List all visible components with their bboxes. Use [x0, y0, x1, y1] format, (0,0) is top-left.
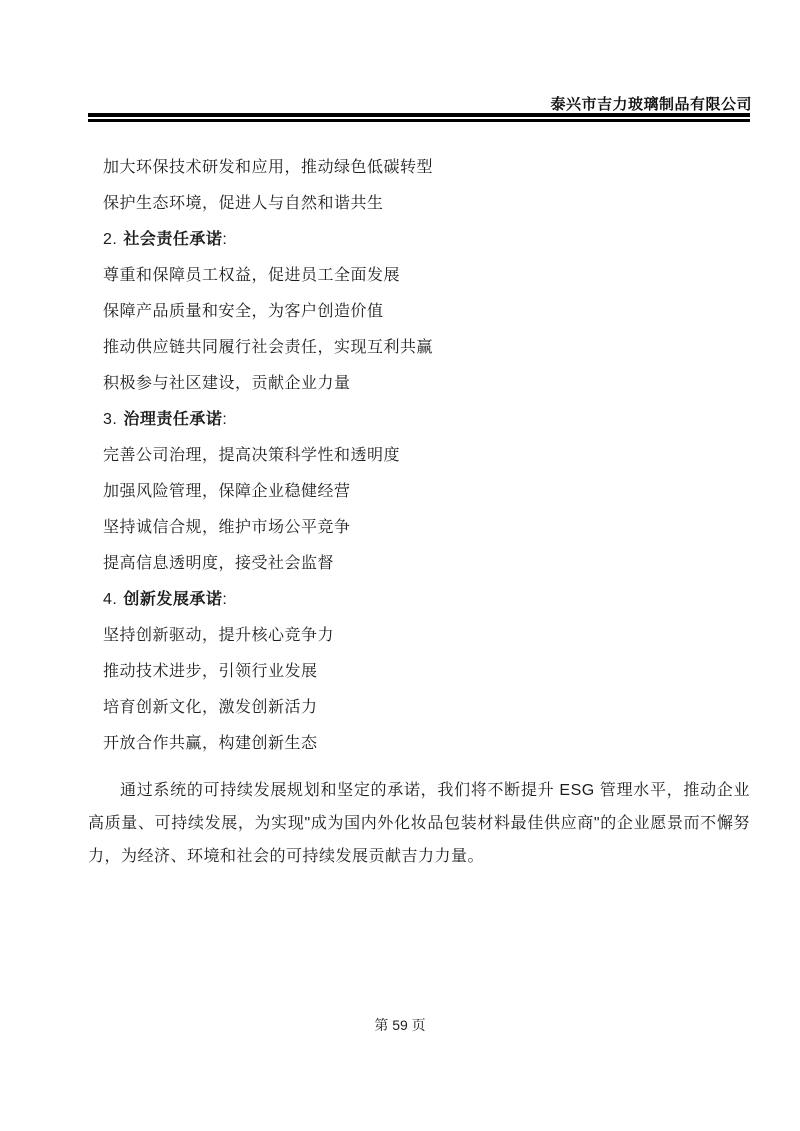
intro-line: 加大环保技术研发和应用，推动绿色低碳转型	[103, 150, 750, 186]
section-heading-social: 2.社会责任承诺:	[103, 222, 750, 258]
section-number: 4.	[103, 591, 117, 608]
section-colon: :	[222, 411, 227, 428]
intro-line: 保护生态环境，促进人与自然和谐共生	[103, 186, 750, 222]
document-page: 泰兴市吉力玻璃制品有限公司 加大环保技术研发和应用，推动绿色低碳转型 保护生态环…	[0, 0, 800, 1131]
closing-paragraph-line: 高质量、可持续发展，为实现"成为国内外化妆品包装材料最佳供应商"的企业愿景而不懈…	[88, 807, 750, 840]
section-heading-innovation: 4.创新发展承诺:	[103, 582, 750, 618]
commitment-item: 尊重和保障员工权益，促进员工全面发展	[103, 258, 750, 294]
commitment-item: 培育创新文化，激发创新活力	[103, 690, 750, 726]
commitment-item: 积极参与社区建设，贡献企业力量	[103, 366, 750, 402]
section-heading-governance: 3.治理责任承诺:	[103, 402, 750, 438]
header-rule-divider	[88, 113, 750, 122]
closing-paragraph-line: 力，为经济、环境和社会的可持续发展贡献吉力力量。	[88, 840, 750, 873]
section-title: 社会责任承诺	[123, 231, 222, 248]
page-number-label: 第 59 页	[374, 1017, 425, 1033]
commitment-item: 推动供应链共同履行社会责任，实现互利共赢	[103, 330, 750, 366]
section-title: 创新发展承诺	[123, 591, 222, 608]
commitment-item: 开放合作共赢，构建创新生态	[103, 726, 750, 762]
document-body: 加大环保技术研发和应用，推动绿色低碳转型 保护生态环境，促进人与自然和谐共生 2…	[88, 150, 750, 873]
section-number: 2.	[103, 231, 117, 248]
closing-paragraph: 通过系统的可持续发展规划和坚定的承诺，我们将不断提升 ESG 管理水平，推动企业…	[88, 774, 750, 873]
header-company-name: 泰兴市吉力玻璃制品有限公司	[550, 93, 752, 114]
commitment-item: 坚持创新驱动，提升核心竞争力	[103, 618, 750, 654]
commitment-item: 坚持诚信合规，维护市场公平竞争	[103, 510, 750, 546]
section-title: 治理责任承诺	[123, 411, 222, 428]
closing-paragraph-line: 通过系统的可持续发展规划和坚定的承诺，我们将不断提升 ESG 管理水平，推动企业	[88, 774, 750, 807]
commitment-item: 完善公司治理，提高决策科学性和透明度	[103, 438, 750, 474]
commitment-item: 提高信息透明度，接受社会监督	[103, 546, 750, 582]
section-colon: :	[222, 231, 227, 248]
section-colon: :	[222, 591, 227, 608]
page-footer: 第 59 页	[0, 1011, 800, 1039]
commitment-item: 加强风险管理，保障企业稳健经营	[103, 474, 750, 510]
commitment-item: 保障产品质量和安全，为客户创造价值	[103, 294, 750, 330]
section-number: 3.	[103, 411, 117, 428]
commitment-item: 推动技术进步，引领行业发展	[103, 654, 750, 690]
